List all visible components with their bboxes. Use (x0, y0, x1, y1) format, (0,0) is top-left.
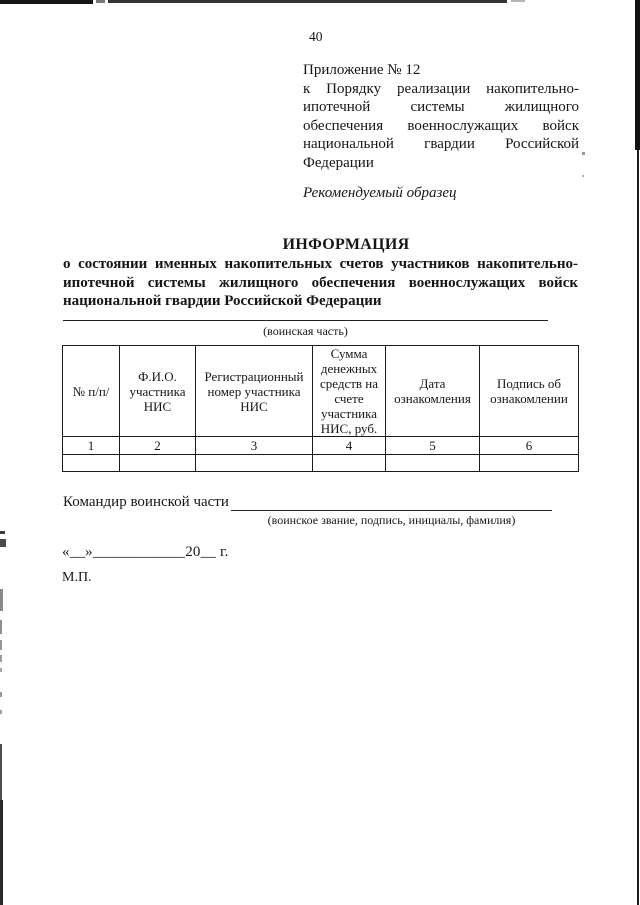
column-number-cell: 4 (313, 437, 386, 455)
column-number-row: 1 2 3 4 5 6 (63, 437, 579, 455)
column-number-cell: 6 (480, 437, 579, 455)
scan-artifact-left-2 (0, 539, 6, 547)
commander-label: Командир воинской части (63, 494, 229, 511)
appendix-line: Приложение № 12 (303, 61, 579, 80)
commander-signature-line (231, 494, 552, 511)
column-number-cell: 3 (196, 437, 313, 455)
scan-artifact-left-line-dark (0, 800, 3, 905)
appendix-line: Федерации (303, 154, 579, 173)
nis-accounts-table: № п/п/ Ф.И.О. участника НИС Регистрацион… (62, 345, 579, 472)
scan-artifact-left-line (0, 744, 2, 905)
scanned-document-page: 40 Приложение № 12 к Порядку реализации … (0, 0, 640, 905)
empty-cell (480, 455, 579, 472)
appendix-line: обеспечения военнослужащих войск (303, 117, 579, 136)
appendix-line: к Порядку реализации накопительно- (303, 80, 579, 99)
header-cell-signature: Подпись об ознакомлении (480, 346, 579, 437)
document-subtitle: о состоянии именных накопительных счетов… (63, 255, 578, 311)
scan-artifact-top-2 (96, 0, 105, 3)
header-cell-number: № п/п/ (63, 346, 120, 437)
scan-artifact-top-3 (108, 0, 507, 3)
appendix-line: ипотечной системы жилищного (303, 98, 579, 117)
scan-artifact-top-4 (511, 0, 525, 2)
empty-cell (386, 455, 480, 472)
date-fill-line: «__»____________20__ г. (62, 544, 229, 561)
scan-artifact-left-3 (0, 589, 3, 611)
recommended-sample-note: Рекомендуемый образец (303, 185, 457, 202)
header-cell-reg-number: Регистрационный номер участника НИС (196, 346, 313, 437)
scan-artifact-right-cap (635, 0, 640, 150)
column-number-cell: 2 (120, 437, 196, 455)
military-unit-fill-line (63, 305, 548, 321)
scan-artifact-top-1 (0, 0, 93, 4)
column-number-cell: 5 (386, 437, 480, 455)
stamp-placeholder: М.П. (62, 570, 92, 586)
scan-artifact-right-speck-2 (582, 175, 584, 177)
subtitle-line: о состоянии именных накопительных счетов… (63, 255, 578, 274)
column-number-cell: 1 (63, 437, 120, 455)
scan-artifact-left-7 (0, 668, 2, 672)
appendix-line: национальной гвардии Российской (303, 135, 579, 154)
empty-cell (313, 455, 386, 472)
scan-artifact-left-8 (0, 692, 2, 697)
scan-artifact-left-5 (0, 640, 2, 650)
empty-cell (120, 455, 196, 472)
scan-artifact-left-1 (0, 531, 5, 534)
commander-signature-caption: (воинское звание, подпись, инициалы, фам… (231, 513, 552, 528)
scan-artifact-right-speck-1 (582, 152, 585, 155)
scan-artifact-right-line (637, 0, 639, 905)
scan-artifact-left-6 (0, 655, 2, 662)
scan-artifact-left-9 (0, 710, 2, 714)
subtitle-line: ипотечной системы жилищного обеспечения … (63, 274, 578, 293)
empty-cell (63, 455, 120, 472)
military-unit-caption: (воинская часть) (63, 324, 548, 339)
header-cell-sum: Сумма денежных средств на счете участник… (313, 346, 386, 437)
document-title: ИНФОРМАЦИЯ (63, 236, 629, 254)
page-number: 40 (309, 29, 323, 45)
header-cell-date: Дата ознакомления (386, 346, 480, 437)
table-header-row: № п/п/ Ф.И.О. участника НИС Регистрацион… (63, 346, 579, 437)
scan-artifact-left-4 (0, 620, 2, 634)
empty-data-row (63, 455, 579, 472)
appendix-block: Приложение № 12 к Порядку реализации нак… (303, 61, 579, 172)
empty-cell (196, 455, 313, 472)
header-cell-name: Ф.И.О. участника НИС (120, 346, 196, 437)
